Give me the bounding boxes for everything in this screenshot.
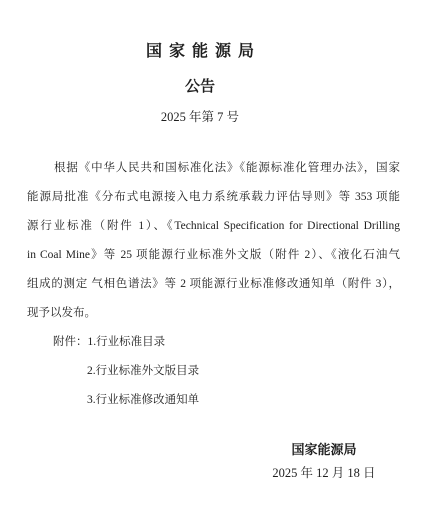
attachment-item-3: 3.行业标准修改通知单: [27, 386, 400, 415]
attachments-label: 附件：: [53, 336, 88, 348]
body-line-1: 根据《中华人民共和国标准化法》《能源标准化管理办法》，国家: [27, 154, 400, 183]
doc-number: 2025 年第 7 号: [27, 110, 373, 124]
signature-date: 2025 年 12 月 18 日: [224, 461, 424, 485]
body-line-4: in Coal Mine》等 25 项能源行业标准外文版（附件 2）、《液化石油…: [27, 241, 400, 270]
attachments-row-1: 附件：1.行业标准目录: [27, 328, 400, 357]
body-line-5: 组成的测定 气相色谱法》等 2 项能源行业标准修改通知单（附件 3），: [27, 270, 400, 299]
attachment-item-2: 2.行业标准外文版目录: [27, 357, 400, 386]
announcement-body: 根据《中华人民共和国标准化法》《能源标准化管理办法》，国家 能源局批准《分布式电…: [27, 154, 400, 415]
signature-block: 国家能源局 2025 年 12 月 18 日: [224, 439, 424, 485]
signature-org: 国家能源局: [224, 439, 424, 461]
document-header: 国家能源局 公告 2025 年第 7 号: [27, 0, 373, 124]
announcement-page: 国家能源局 公告 2025 年第 7 号 根据《中华人民共和国标准化法》《能源标…: [0, 0, 425, 526]
body-line-2: 能源局批准《分布式电源接入电力系统承载力评估导则》等 353 项能: [27, 183, 400, 212]
body-line-3: 源行业标准（附件 1）、《Technical Specification for…: [27, 212, 400, 241]
attachments-list: 附件：1.行业标准目录 2.行业标准外文版目录 3.行业标准修改通知单: [27, 328, 400, 415]
doc-type-title: 公告: [27, 79, 373, 95]
agency-name: 国家能源局: [27, 43, 373, 60]
attachment-item-1: 1.行业标准目录: [88, 336, 166, 348]
body-line-6: 现予以发布。: [27, 299, 400, 328]
